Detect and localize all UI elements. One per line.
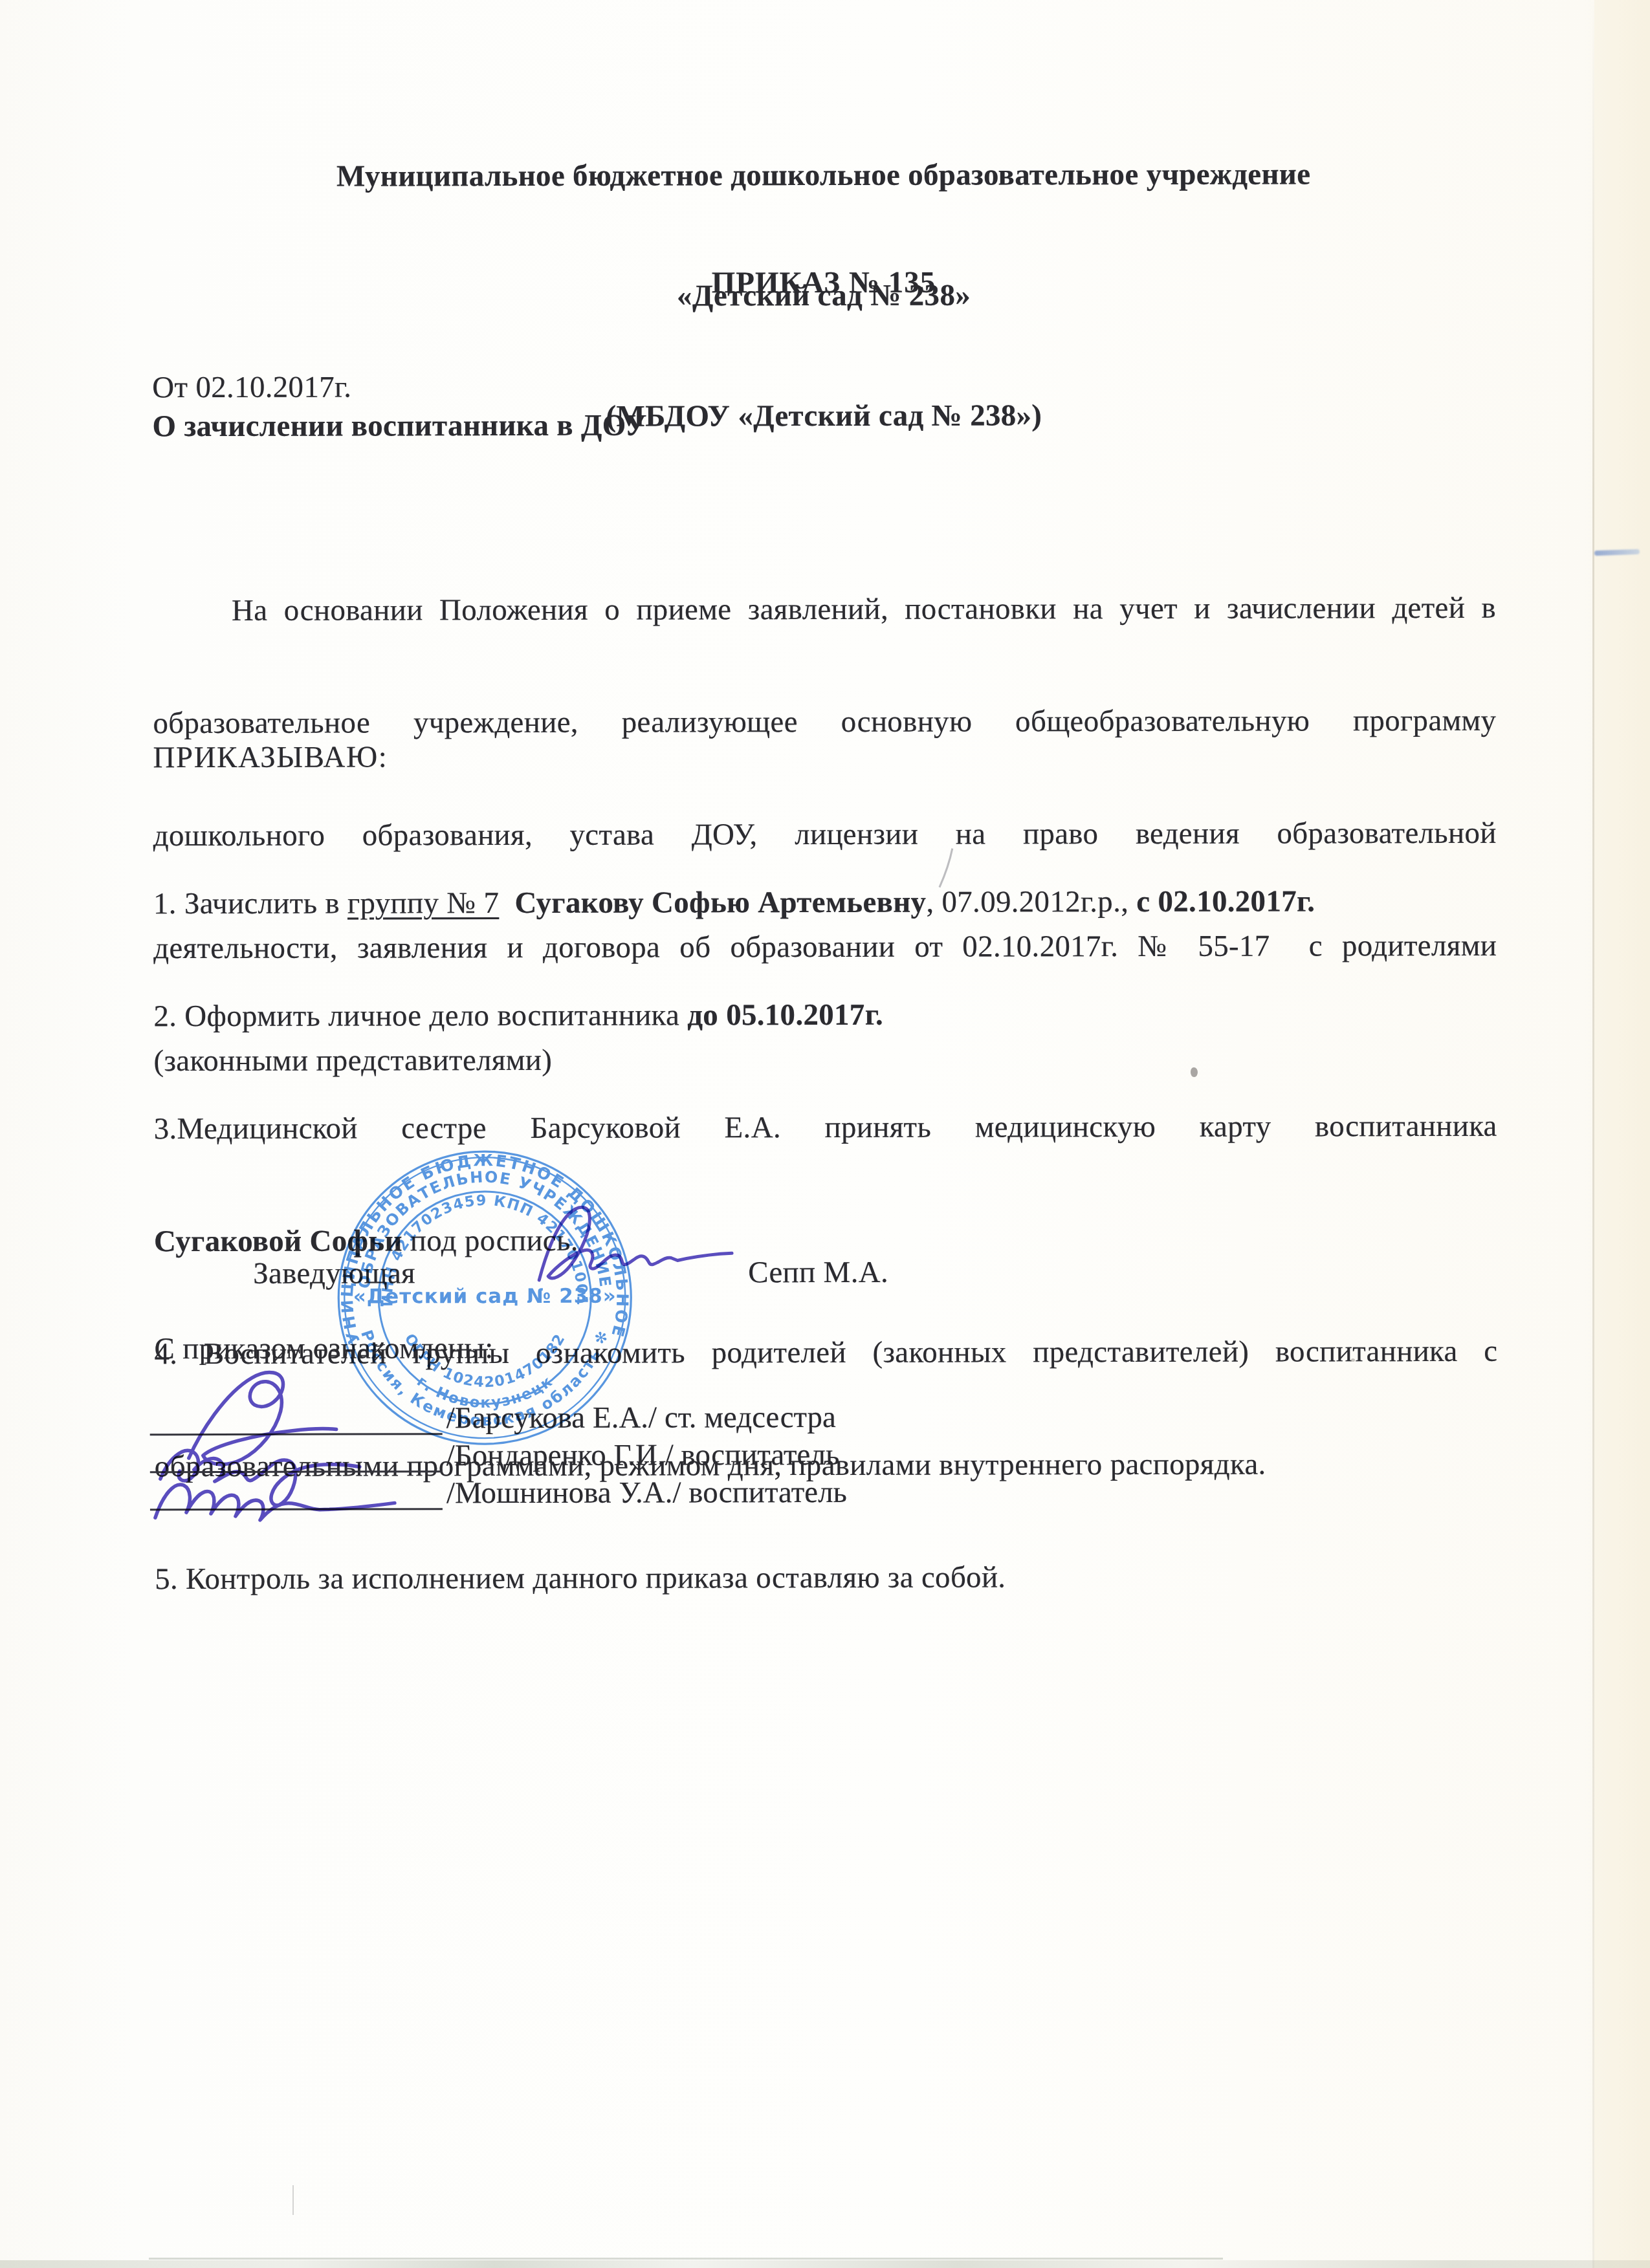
scan-speck — [292, 2185, 294, 2215]
scan-bottom-edge — [0, 2260, 1650, 2268]
scan-bottom-line — [149, 2258, 1223, 2260]
document-content: Муниципальное бюджетное дошкольное образ… — [0, 0, 1650, 2268]
head-signature — [539, 1207, 732, 1280]
scanned-order-document: Муниципальное бюджетное дошкольное образ… — [0, 0, 1650, 2268]
scan-edge-tint — [1594, 0, 1650, 2268]
stray-pen-mark — [940, 849, 952, 888]
acknowledgement-signature-1 — [189, 1372, 336, 1464]
handwritten-signatures — [0, 0, 1650, 2268]
scan-speck — [1351, 1358, 1355, 1362]
paper-crease-line — [1592, 0, 1594, 2268]
scan-speck — [1191, 1067, 1198, 1077]
